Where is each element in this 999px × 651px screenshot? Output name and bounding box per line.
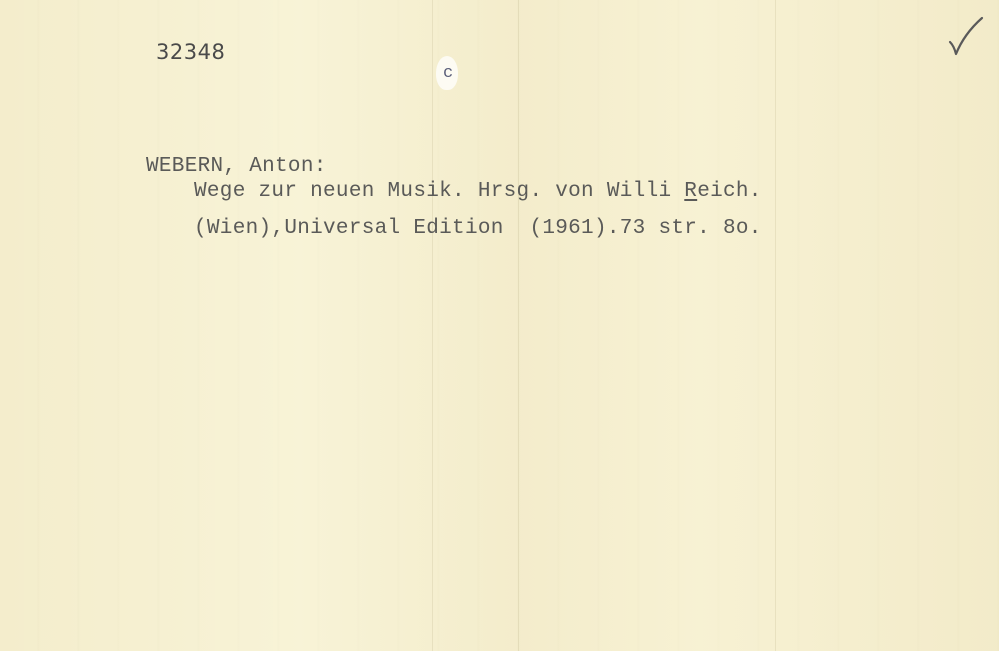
title-text-end: eich. (697, 180, 762, 203)
author-heading: WEBERN, Anton: (146, 155, 327, 178)
paper-fold-line (432, 0, 433, 651)
paper-fold-line (518, 0, 519, 651)
checkmark-icon (946, 12, 986, 58)
paper-fold-line (775, 0, 776, 651)
imprint-line: (Wien),Universal Edition (1961).73 str. … (194, 217, 762, 240)
accession-number: 32348 (156, 40, 225, 64)
title-text: Wege zur neuen Musik. Hrsg. von Willi (194, 180, 684, 203)
catalog-card: { "card": { "accession_number": "32348",… (0, 0, 999, 651)
underlined-initial: R (684, 180, 697, 203)
title-line: Wege zur neuen Musik. Hrsg. von Willi Re… (194, 180, 762, 203)
stamp-letter: c (443, 64, 453, 83)
